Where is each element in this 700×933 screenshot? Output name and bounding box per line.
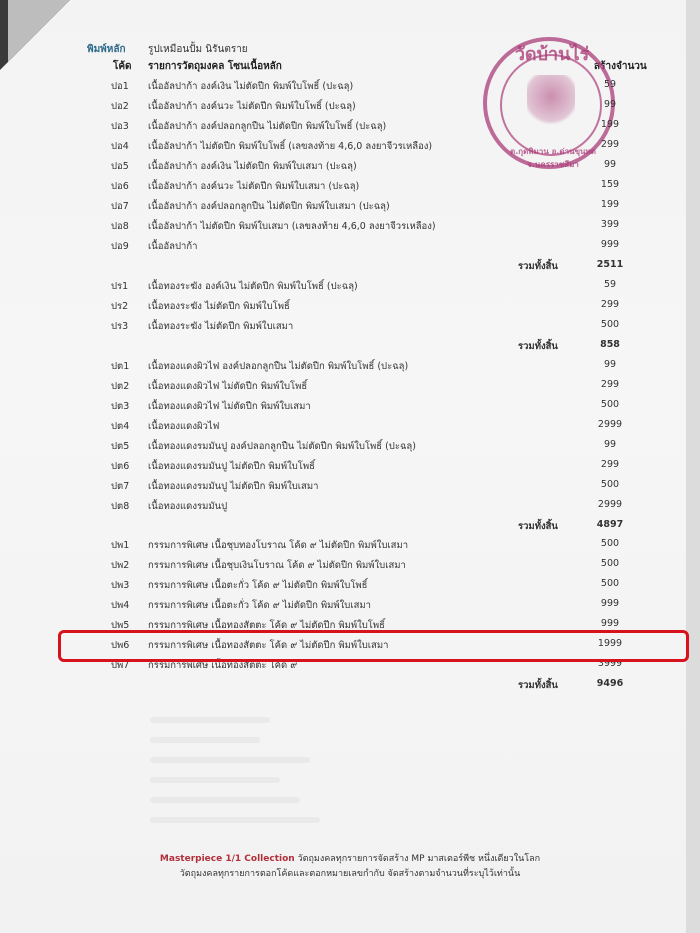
table-row: ปต5เนื้อทองแดงรมมันปู องค์ปลอกลูกปืน ไม่… [0, 439, 700, 459]
table-row: ปอ2เนื้ออัลปาก้า องค์นวะ ไม่ตัดปีก พิมพ์… [0, 99, 700, 119]
item-code: ปต3 [111, 399, 129, 414]
total-value: 9496 [580, 678, 640, 689]
item-code: ปอ1 [111, 79, 129, 94]
bleed-through-text [150, 797, 300, 803]
footer-line-1: วัตถุมงคลทุกรายการจัดสร้าง MP มาสเตอร์พี… [295, 854, 540, 864]
item-quantity: 999 [580, 598, 640, 609]
table-row: ปอ4เนื้ออัลปาก้า ไม่ตัดปีก พิมพ์ใบโพธิ์ … [0, 139, 700, 159]
item-code: ปอ3 [111, 119, 129, 134]
document-page: พิมพ์หลัก รูปเหมือนปั้ม นิรันตราย โค้ด ร… [0, 0, 700, 933]
item-quantity: 199 [580, 199, 640, 210]
table-row: ปต3เนื้อทองแดงผิวไฟ ไม่ตัดปีก พิมพ์ใบเสม… [0, 399, 700, 419]
item-description: เนื้ออัลปาก้า ไม่ตัดปีก พิมพ์ใบโพธิ์ (เล… [148, 139, 432, 154]
table-row: ปต4เนื้อทองแดงผิวไฟ2999 [0, 419, 700, 439]
highlight-annotation [58, 630, 689, 662]
table-row: ปอ7เนื้ออัลปาก้า องค์ปลอกลูกปืน ไม่ตัดปี… [0, 199, 700, 219]
table-row: ปร1เนื้อทองระฆัง องค์เงิน ไม่ตัดปีก พิมพ… [0, 279, 700, 299]
footer-note: Masterpiece 1/1 Collection วัตถุมงคลทุกร… [0, 852, 700, 882]
item-description: เนื้ออัลปาก้า องค์นวะ ไม่ตัดปีก พิมพ์ใบโ… [148, 99, 356, 114]
item-code: ปอ2 [111, 99, 129, 114]
table-row: ปร2เนื้อทองระฆัง ไม่ตัดปีก พิมพ์ใบโพธิ์2… [0, 299, 700, 319]
group-total-row: รวมทั้งสิ้น2511 [0, 259, 700, 279]
item-description: กรรมการพิเศษ เนื้อตะกั่ว โค้ด ๙ ไม่ตัดปี… [148, 598, 371, 613]
table-row: ปต1เนื้อทองแดงผิวไฟ องค์ปลอกลูกปืน ไม่ตั… [0, 359, 700, 379]
item-quantity: 999 [580, 618, 640, 629]
item-description: เนื้ออัลปาก้า องค์ปลอกลูกปืน ไม่ตัดปีก พ… [148, 119, 386, 134]
item-quantity: 2999 [580, 419, 640, 430]
item-code: ปต5 [111, 439, 129, 454]
item-description: เนื้ออัลปาก้า องค์เงิน ไม่ตัดปีก พิมพ์ใบ… [148, 79, 353, 94]
item-quantity: 159 [580, 179, 640, 190]
item-code: ปอ4 [111, 139, 129, 154]
stamp-top-text: วัดบ้านไร่ [507, 39, 597, 68]
total-value: 2511 [580, 259, 640, 270]
item-quantity: 500 [580, 319, 640, 330]
item-code: ปพ1 [111, 538, 129, 553]
table-row: ปต8เนื้อทองแดงรมมันปู2999 [0, 499, 700, 519]
item-description: เนื้อทองแดงผิวไฟ ไม่ตัดปีก พิมพ์ใบเสมา [148, 399, 311, 414]
item-description: เนื้อทองแดงรมมันปู [148, 499, 227, 514]
item-quantity: 2999 [580, 499, 640, 510]
header-brand-label: พิมพ์หลัก [87, 42, 126, 57]
item-description: เนื้อทองแดงรมมันปู ไม่ตัดปีก พิมพ์ใบเสมา [148, 479, 318, 494]
table-row: ปอ1เนื้ออัลปาก้า องค์เงิน ไม่ตัดปีก พิมพ… [0, 79, 700, 99]
table-row: ปอ5เนื้ออัลปาก้า องค์เงิน ไม่ตัดปีก พิมพ… [0, 159, 700, 179]
table-row: ปอ8เนื้ออัลปาก้า ไม่ตัดปีก พิมพ์ใบเสมา (… [0, 219, 700, 239]
item-quantity: 500 [580, 479, 640, 490]
item-code: ปอ6 [111, 179, 129, 194]
item-code: ปอ9 [111, 239, 129, 254]
item-code: ปพ4 [111, 598, 129, 613]
item-quantity: 299 [580, 139, 640, 150]
item-quantity: 999 [580, 239, 640, 250]
item-quantity: 399 [580, 219, 640, 230]
item-quantity: 99 [580, 359, 640, 370]
footer-brand: Masterpiece 1/1 Collection [160, 854, 295, 864]
item-quantity: 299 [580, 379, 640, 390]
total-label: รวมทั้งสิ้น [518, 339, 558, 354]
table-row: ปอ9เนื้ออัลปาก้า999 [0, 239, 700, 259]
item-code: ปต4 [111, 419, 129, 434]
item-description: เนื้อทองระฆัง องค์เงิน ไม่ตัดปีก พิมพ์ใบ… [148, 279, 358, 294]
item-description: กรรมการพิเศษ เนื้อชุบเงินโบราณ โค้ด ๙ ไม… [148, 558, 406, 573]
table-row: ปต2เนื้อทองแดงผิวไฟ ไม่ตัดปีก พิมพ์ใบโพธ… [0, 379, 700, 399]
group-total-row: รวมทั้งสิ้น4897 [0, 519, 700, 539]
item-description: เนื้อทองแดงผิวไฟ [148, 419, 219, 434]
total-label: รวมทั้งสิ้น [518, 519, 558, 534]
item-description: เนื้อทองแดงรมมันปู องค์ปลอกลูกปืน ไม่ตัด… [148, 439, 416, 454]
item-quantity: 299 [580, 459, 640, 470]
item-quantity: 59 [580, 279, 640, 290]
item-quantity: 299 [580, 299, 640, 310]
total-label: รวมทั้งสิ้น [518, 259, 558, 274]
item-description: เนื้ออัลปาก้า องค์นวะ ไม่ตัดปีก พิมพ์ใบเ… [148, 179, 359, 194]
table-row: ปพ1กรรมการพิเศษ เนื้อชุบทองโบราณ โค้ด ๙ … [0, 538, 700, 558]
folded-corner-shade [8, 0, 70, 62]
table-row: ปพ2กรรมการพิเศษ เนื้อชุบเงินโบราณ โค้ด ๙… [0, 558, 700, 578]
item-code: ปพ3 [111, 578, 129, 593]
item-description: กรรมการพิเศษ เนื้อชุบทองโบราณ โค้ด ๙ ไม่… [148, 538, 408, 553]
item-description: เนื้อทองแดงรมมันปู ไม่ตัดปีก พิมพ์ใบโพธิ… [148, 459, 315, 474]
total-label: รวมทั้งสิ้น [518, 678, 558, 693]
item-quantity: 500 [580, 558, 640, 569]
item-description: เนื้ออัลปาก้า [148, 239, 197, 254]
item-quantity: 500 [580, 538, 640, 549]
item-quantity: 59 [580, 79, 640, 90]
table-row: ปอ3เนื้ออัลปาก้า องค์ปลอกลูกปืน ไม่ตัดปี… [0, 119, 700, 139]
item-code: ปต2 [111, 379, 129, 394]
bleed-through-text [150, 777, 280, 783]
bleed-through-text [150, 817, 320, 823]
group-total-row: รวมทั้งสิ้น858 [0, 339, 700, 359]
item-quantity: 99 [580, 439, 640, 450]
item-description: เนื้อทองแดงผิวไฟ ไม่ตัดปีก พิมพ์ใบโพธิ์ [148, 379, 307, 394]
table-row: ปอ6เนื้ออัลปาก้า องค์นวะ ไม่ตัดปีก พิมพ์… [0, 179, 700, 199]
item-code: ปต8 [111, 499, 129, 514]
column-header-item: รายการวัตถุมงคล โซนเนื้อหลัก [148, 59, 282, 74]
table-row: ปร3เนื้อทองระฆัง ไม่ตัดปีก พิมพ์ใบเสมา50… [0, 319, 700, 339]
item-quantity: 99 [580, 99, 640, 110]
table-row: ปพ4กรรมการพิเศษ เนื้อตะกั่ว โค้ด ๙ ไม่ตั… [0, 598, 700, 618]
total-value: 858 [580, 339, 640, 350]
item-quantity: 199 [580, 119, 640, 130]
item-quantity: 500 [580, 399, 640, 410]
item-description: เนื้อทองแดงผิวไฟ องค์ปลอกลูกปืน ไม่ตัดปี… [148, 359, 408, 374]
item-code: ปร3 [111, 319, 128, 334]
item-description: กรรมการพิเศษ เนื้อตะกั่ว โค้ด ๙ ไม่ตัดปี… [148, 578, 367, 593]
item-code: ปพ2 [111, 558, 129, 573]
item-quantity: 99 [580, 159, 640, 170]
item-code: ปต7 [111, 479, 129, 494]
item-code: ปต1 [111, 359, 129, 374]
item-description: เนื้ออัลปาก้า องค์เงิน ไม่ตัดปีก พิมพ์ใบ… [148, 159, 357, 174]
item-description: เนื้อทองระฆัง ไม่ตัดปีก พิมพ์ใบเสมา [148, 319, 293, 334]
item-code: ปอ5 [111, 159, 129, 174]
column-header-code: โค้ด [113, 59, 132, 74]
item-code: ปต6 [111, 459, 129, 474]
item-description: เนื้ออัลปาก้า องค์ปลอกลูกปืน ไม่ตัดปีก พ… [148, 199, 390, 214]
bleed-through-text [150, 757, 310, 763]
item-code: ปอ8 [111, 219, 129, 234]
item-description: เนื้อทองระฆัง ไม่ตัดปีก พิมพ์ใบโพธิ์ [148, 299, 290, 314]
item-code: ปร2 [111, 299, 128, 314]
document-title: รูปเหมือนปั้ม นิรันตราย [148, 42, 248, 57]
table-row: ปพ3กรรมการพิเศษ เนื้อตะกั่ว โค้ด ๙ ไม่ตั… [0, 578, 700, 598]
bleed-through-text [150, 717, 270, 723]
bleed-through-text [150, 737, 260, 743]
footer-line-2: วัตถุมงคลทุกรายการตอกโค้ดและตอกหมายเลขกำ… [0, 867, 700, 882]
group-total-row: รวมทั้งสิ้น9496 [0, 678, 700, 698]
item-description: เนื้ออัลปาก้า ไม่ตัดปีก พิมพ์ใบเสมา (เลข… [148, 219, 436, 234]
item-quantity: 500 [580, 578, 640, 589]
total-value: 4897 [580, 519, 640, 530]
table-row: ปต7เนื้อทองแดงรมมันปู ไม่ตัดปีก พิมพ์ใบเ… [0, 479, 700, 499]
item-code: ปร1 [111, 279, 128, 294]
item-code: ปอ7 [111, 199, 129, 214]
table-row: ปต6เนื้อทองแดงรมมันปู ไม่ตัดปีก พิมพ์ใบโ… [0, 459, 700, 479]
